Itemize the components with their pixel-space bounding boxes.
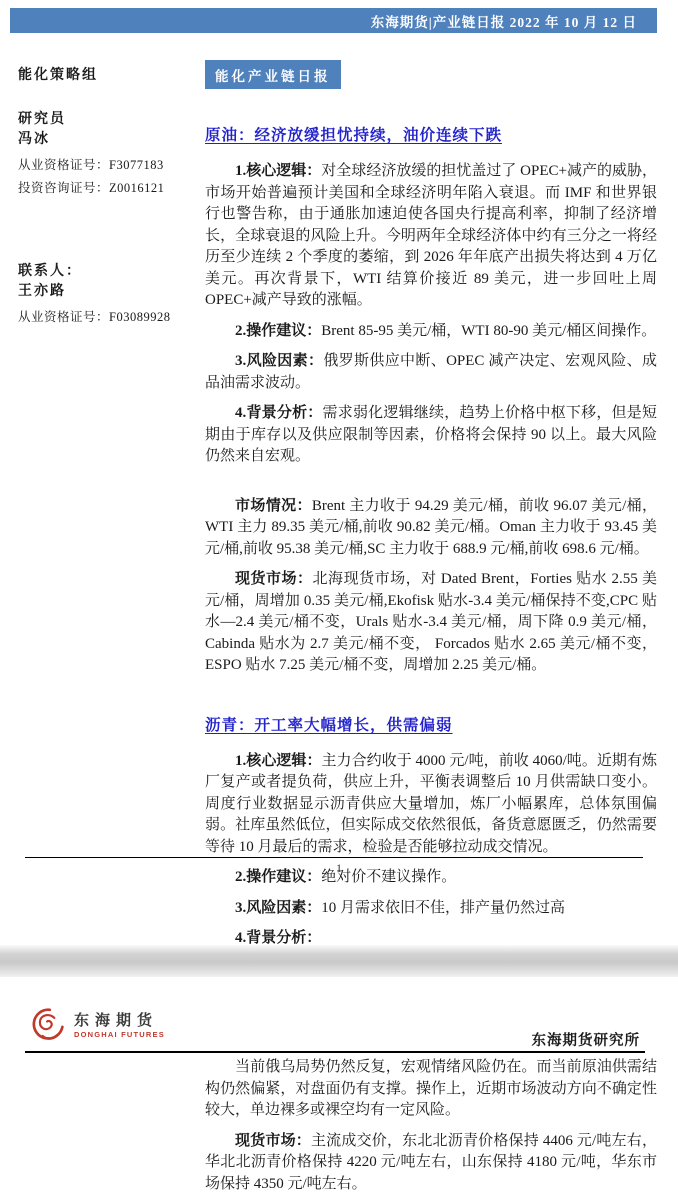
report-body: 能化产业链日报 原油：经济放缓担忧持续，油价连续下跌 1.核心逻辑：对全球经济放…	[205, 60, 657, 959]
paragraph-lead: 现货市场：	[235, 1133, 311, 1149]
cert-value: F03089928	[109, 310, 170, 324]
cert-value: F3077183	[109, 158, 164, 172]
paragraph-text: Brent 85-95 美元/桶，WTI 80-90 美元/桶区间操作。	[321, 323, 656, 339]
paragraph-lead: 1.核心逻辑：	[235, 753, 322, 769]
macro-risk-paragraph: 当前俄乌局势仍然反复，宏观情绪风险仍在。而当前原油供需结构仍然偏紧，对盘面仍有支…	[205, 1057, 657, 1122]
paragraph-lead: 市场情况：	[235, 498, 312, 514]
cert-label: 从业资格证号：	[18, 310, 109, 324]
donghai-logo-icon	[30, 1007, 66, 1045]
cert-label: 从业资格证号：	[18, 158, 109, 172]
page2-header-divider	[25, 1051, 645, 1053]
footer-divider	[25, 857, 643, 858]
paragraph-lead: 3.风险因素：	[235, 900, 321, 916]
researcher-name: 冯冰	[18, 130, 186, 150]
crude-risk-factors-paragraph: 3.风险因素：俄罗斯供应中断、OPEC 减产决定、宏观风险、成品油需求波动。	[205, 351, 657, 394]
crude-market-status-paragraph: 市场情况：Brent 主力收于 94.29 美元/桶，前收 96.07 美元/桶…	[205, 496, 657, 561]
page-1: 东海期货|产业链日报 2022 年 10 月 12 日 能化策略组 研究员 冯冰…	[0, 0, 678, 945]
contact-cert-1: 从业资格证号：F03089928	[18, 306, 186, 329]
report-header-banner: 东海期货|产业链日报 2022 年 10 月 12 日	[10, 8, 657, 33]
asphalt-core-logic-paragraph: 1.核心逻辑：主力合约收于 4000 元/吨，前收 4060/吨。近期有炼厂复产…	[205, 751, 657, 859]
report-header-title: 东海期货|产业链日报 2022 年 10 月 12 日	[371, 11, 637, 31]
crude-operation-advice-paragraph: 2.操作建议：Brent 85-95 美元/桶，WTI 80-90 美元/桶区间…	[205, 321, 657, 343]
crude-spot-market-paragraph: 现货市场：北海现货市场，对 Dated Brent，Forties 贴水 2.5…	[205, 569, 657, 677]
contact-title: 联系人：	[18, 262, 186, 282]
researcher-block: 研究员 冯冰 从业资格证号：F3077183 投资咨询证号：Z0016121	[18, 110, 186, 200]
paragraph-lead: 4.背景分析：	[235, 930, 321, 946]
paragraph-lead: 4.背景分析：	[235, 405, 323, 421]
paragraph-lead: 现货市场：	[235, 571, 313, 587]
page2-body: 当前俄乌局势仍然反复，宏观情绪风险仍在。而当前原油供需结构仍然偏紧，对盘面仍有支…	[205, 1057, 657, 1204]
researcher-title: 研究员	[18, 110, 186, 130]
research-institute-label: 东海期货研究所	[532, 1029, 641, 1050]
crude-background-paragraph: 4.背景分析：需求弱化逻辑继续，趋势上价格中枢下移，但是短期由于库存以及供应限制…	[205, 403, 657, 468]
researcher-cert-2: 投资咨询证号：Z0016121	[18, 177, 186, 200]
strategy-group-name: 能化策略组	[18, 66, 186, 86]
author-sidebar: 能化策略组 研究员 冯冰 从业资格证号：F3077183 投资咨询证号：Z001…	[18, 66, 186, 329]
asphalt-risk-factors-paragraph: 3.风险因素：10 月需求依旧不佳，排产量仍然过高	[205, 898, 657, 920]
contact-block: 联系人： 王亦路 从业资格证号：F03089928	[18, 262, 186, 329]
paragraph-text: 10 月需求依旧不佳，排产量仍然过高	[321, 900, 565, 916]
asphalt-spot-market-paragraph: 现货市场：主流成交价，东北北沥青价格保持 4406 元/吨左右，华北北沥青价格保…	[205, 1131, 657, 1196]
cert-value: Z0016121	[109, 181, 164, 195]
section-heading-asphalt: 沥青：开工率大幅增长，供需偏弱	[205, 713, 657, 735]
pdf-page-separator	[0, 945, 678, 977]
crude-core-logic-paragraph: 1.核心逻辑：对全球经济放缓的担忧盖过了 OPEC+减产的威胁，市场开始普遍预计…	[205, 161, 657, 312]
contact-name: 王亦路	[18, 282, 186, 302]
donghai-futures-logo: 东海期货 DONGHAI FUTURES	[30, 1007, 165, 1045]
report-page: { "appearance": { "accent_blue": "#4f81b…	[0, 0, 678, 1190]
paragraph-text: 对全球经济放缓的担忧盖过了 OPEC+减产的威胁，市场开始普遍预计美国和全球经济…	[205, 163, 657, 308]
cert-label: 投资咨询证号：	[18, 181, 109, 195]
logo-name-en: DONGHAI FUTURES	[74, 1030, 165, 1040]
paragraph-lead: 3.风险因素：	[235, 353, 323, 369]
paragraph-lead: 1.核心逻辑：	[235, 163, 321, 179]
page-2: 东海期货 DONGHAI FUTURES 东海期货研究所 当前俄乌局势仍然反复，…	[0, 977, 678, 1190]
paragraph-text: 当前俄乌局势仍然反复，宏观情绪风险仍在。而当前原油供需结构仍然偏紧，对盘面仍有支…	[205, 1059, 657, 1118]
section-heading-crude-oil: 原油：经济放缓担忧持续，油价连续下跌	[205, 123, 657, 145]
page-number: 1	[0, 861, 678, 876]
logo-text-block: 东海期货 DONGHAI FUTURES	[74, 1013, 165, 1040]
report-badge: 能化产业链日报	[205, 60, 341, 89]
researcher-cert-1: 从业资格证号：F3077183	[18, 154, 186, 177]
logo-name-cn: 东海期货	[74, 1013, 165, 1030]
paragraph-lead: 2.操作建议：	[235, 323, 321, 339]
